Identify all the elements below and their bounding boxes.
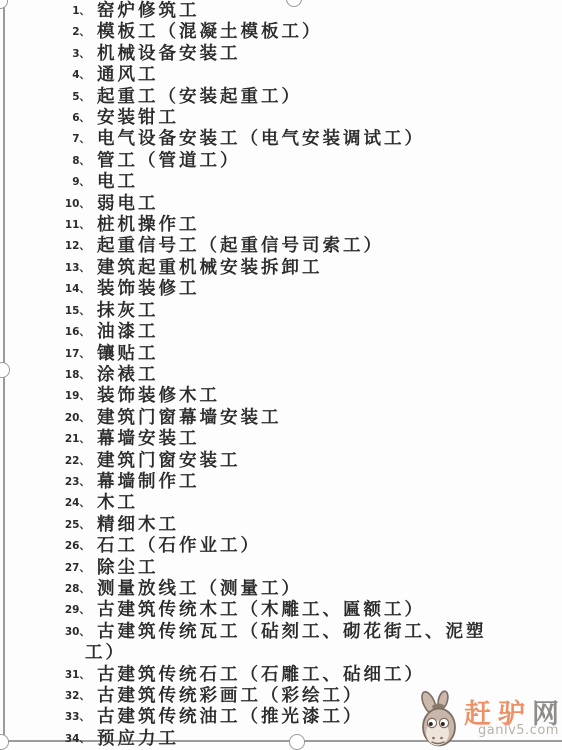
item-label: 测量放线工（测量工） — [85, 579, 562, 600]
list-item: 12、起重信号工（起重信号司索工） — [0, 236, 562, 257]
list-item: 31、古建筑传统石工（石雕工、砧细工） — [0, 665, 562, 686]
item-number: 10、 — [0, 194, 90, 215]
list-item: 26、石工（石作业工） — [0, 536, 562, 557]
list-item: 29、古建筑传统木工（木雕工、匾额工） — [0, 600, 562, 621]
item-number: 16、 — [0, 322, 90, 343]
list-item: 7、电气设备安装工（电气安装调试工） — [0, 129, 562, 150]
list-item: 13、建筑起重机械安装拆卸工 — [0, 258, 562, 279]
item-number: 19、 — [0, 386, 90, 407]
list-item: 8、管工（管道工） — [0, 151, 562, 172]
item-label: 装饰装修工 — [85, 279, 562, 300]
document-page: 1、窑炉修筑工2、模板工（混凝土模板工）3、机械设备安装工4、通风工5、起重工（… — [0, 0, 562, 750]
trade-occupation-list: 1、窑炉修筑工2、模板工（混凝土模板工）3、机械设备安装工4、通风工5、起重工（… — [0, 1, 562, 750]
item-number: 4、 — [0, 65, 90, 86]
item-label: 电气设备安装工（电气安装调试工） — [85, 129, 562, 150]
list-item: 24、木工 — [0, 493, 562, 514]
item-label: 桩机操作工 — [85, 215, 562, 236]
item-label: 古建筑传统木工（木雕工、匾额工） — [85, 600, 562, 621]
list-item: 25、精细木工 — [0, 515, 562, 536]
item-number: 9、 — [0, 172, 90, 193]
item-number: 22、 — [0, 451, 90, 472]
list-item: 5、起重工（安装起重工） — [0, 87, 562, 108]
watermark: 赶驴网 ganlv5.com — [418, 686, 562, 750]
list-item: 3、机械设备安装工 — [0, 44, 562, 65]
item-number: 20、 — [0, 408, 90, 429]
list-item: 20、建筑门窗幕墙安装工 — [0, 408, 562, 429]
item-label: 建筑门窗幕墙安装工 — [85, 408, 562, 429]
item-label: 窑炉修筑工 — [85, 1, 562, 22]
list-item: 27、除尘工 — [0, 558, 562, 579]
item-label: 石工（石作业工） — [85, 536, 562, 557]
list-item: 18、涂裱工 — [0, 365, 562, 386]
item-label: 幕墙制作工 — [85, 472, 562, 493]
item-number: 24、 — [0, 493, 90, 514]
list-item: 22、建筑门窗安装工 — [0, 451, 562, 472]
item-label: 模板工（混凝土模板工） — [85, 22, 562, 43]
item-label: 弱电工 — [85, 194, 562, 215]
item-number: 5、 — [0, 87, 90, 108]
list-item: 17、镶贴工 — [0, 344, 562, 365]
list-item: 23、幕墙制作工 — [0, 472, 562, 493]
item-label: 机械设备安装工 — [85, 44, 562, 65]
item-number: 21、 — [0, 429, 90, 450]
item-label: 涂裱工 — [85, 365, 562, 386]
list-item: 4、通风工 — [0, 65, 562, 86]
item-label: 通风工 — [85, 65, 562, 86]
donkey-head-icon — [418, 690, 462, 750]
item-number: 12、 — [0, 236, 90, 257]
item-label: 幕墙安装工 — [85, 429, 562, 450]
item-label: 古建筑传统瓦工（砧刻工、砌花街工、泥塑工） — [85, 622, 562, 665]
list-item: 30、古建筑传统瓦工（砧刻工、砌花街工、泥塑工） — [0, 622, 562, 665]
item-label: 古建筑传统石工（石雕工、砧细工） — [85, 665, 562, 686]
item-number: 2、 — [0, 22, 90, 43]
item-label: 抹灰工 — [85, 301, 562, 322]
item-label: 安装钳工 — [85, 108, 562, 129]
item-number: 7、 — [0, 129, 90, 150]
item-number: 28、 — [0, 579, 90, 600]
item-number: 33、 — [0, 707, 90, 728]
list-item: 9、电工 — [0, 172, 562, 193]
list-item: 15、抹灰工 — [0, 301, 562, 322]
item-number: 13、 — [0, 258, 90, 279]
item-number: 30、 — [0, 622, 90, 643]
item-number: 23、 — [0, 472, 90, 493]
list-item: 10、弱电工 — [0, 194, 562, 215]
item-number: 6、 — [0, 108, 90, 129]
item-label: 建筑门窗安装工 — [85, 451, 562, 472]
item-label: 电工 — [85, 172, 562, 193]
watermark-url: ganlv5.com — [478, 723, 559, 738]
item-number: 26、 — [0, 536, 90, 557]
list-item: 11、桩机操作工 — [0, 215, 562, 236]
item-label: 建筑起重机械安装拆卸工 — [85, 258, 562, 279]
item-label: 镶贴工 — [85, 344, 562, 365]
item-number: 17、 — [0, 344, 90, 365]
item-number: 11、 — [0, 215, 90, 236]
list-item: 6、安装钳工 — [0, 108, 562, 129]
list-item: 28、测量放线工（测量工） — [0, 579, 562, 600]
item-label: 起重信号工（起重信号司索工） — [85, 236, 562, 257]
selection-handle-bottom-middle[interactable] — [289, 734, 305, 750]
item-number: 25、 — [0, 515, 90, 536]
item-label: 除尘工 — [85, 558, 562, 579]
item-number: 32、 — [0, 686, 90, 707]
item-number: 14、 — [0, 279, 90, 300]
list-item: 16、油漆工 — [0, 322, 562, 343]
item-number: 31、 — [0, 665, 90, 686]
item-number: 27、 — [0, 558, 90, 579]
item-label: 起重工（安装起重工） — [85, 87, 562, 108]
item-number: 8、 — [0, 151, 90, 172]
item-number: 29、 — [0, 600, 90, 621]
item-number: 1、 — [0, 1, 90, 22]
list-item: 1、窑炉修筑工 — [0, 1, 562, 22]
list-item: 21、幕墙安装工 — [0, 429, 562, 450]
item-label: 木工 — [85, 493, 562, 514]
item-number: 15、 — [0, 301, 90, 322]
item-number: 18、 — [0, 365, 90, 386]
list-item: 14、装饰装修工 — [0, 279, 562, 300]
item-number: 34、 — [0, 729, 90, 750]
list-item: 19、装饰装修木工 — [0, 386, 562, 407]
item-label: 精细木工 — [85, 515, 562, 536]
item-label: 油漆工 — [85, 322, 562, 343]
item-number: 3、 — [0, 44, 90, 65]
list-item: 2、模板工（混凝土模板工） — [0, 22, 562, 43]
item-label: 管工（管道工） — [85, 151, 562, 172]
item-label: 装饰装修木工 — [85, 386, 562, 407]
